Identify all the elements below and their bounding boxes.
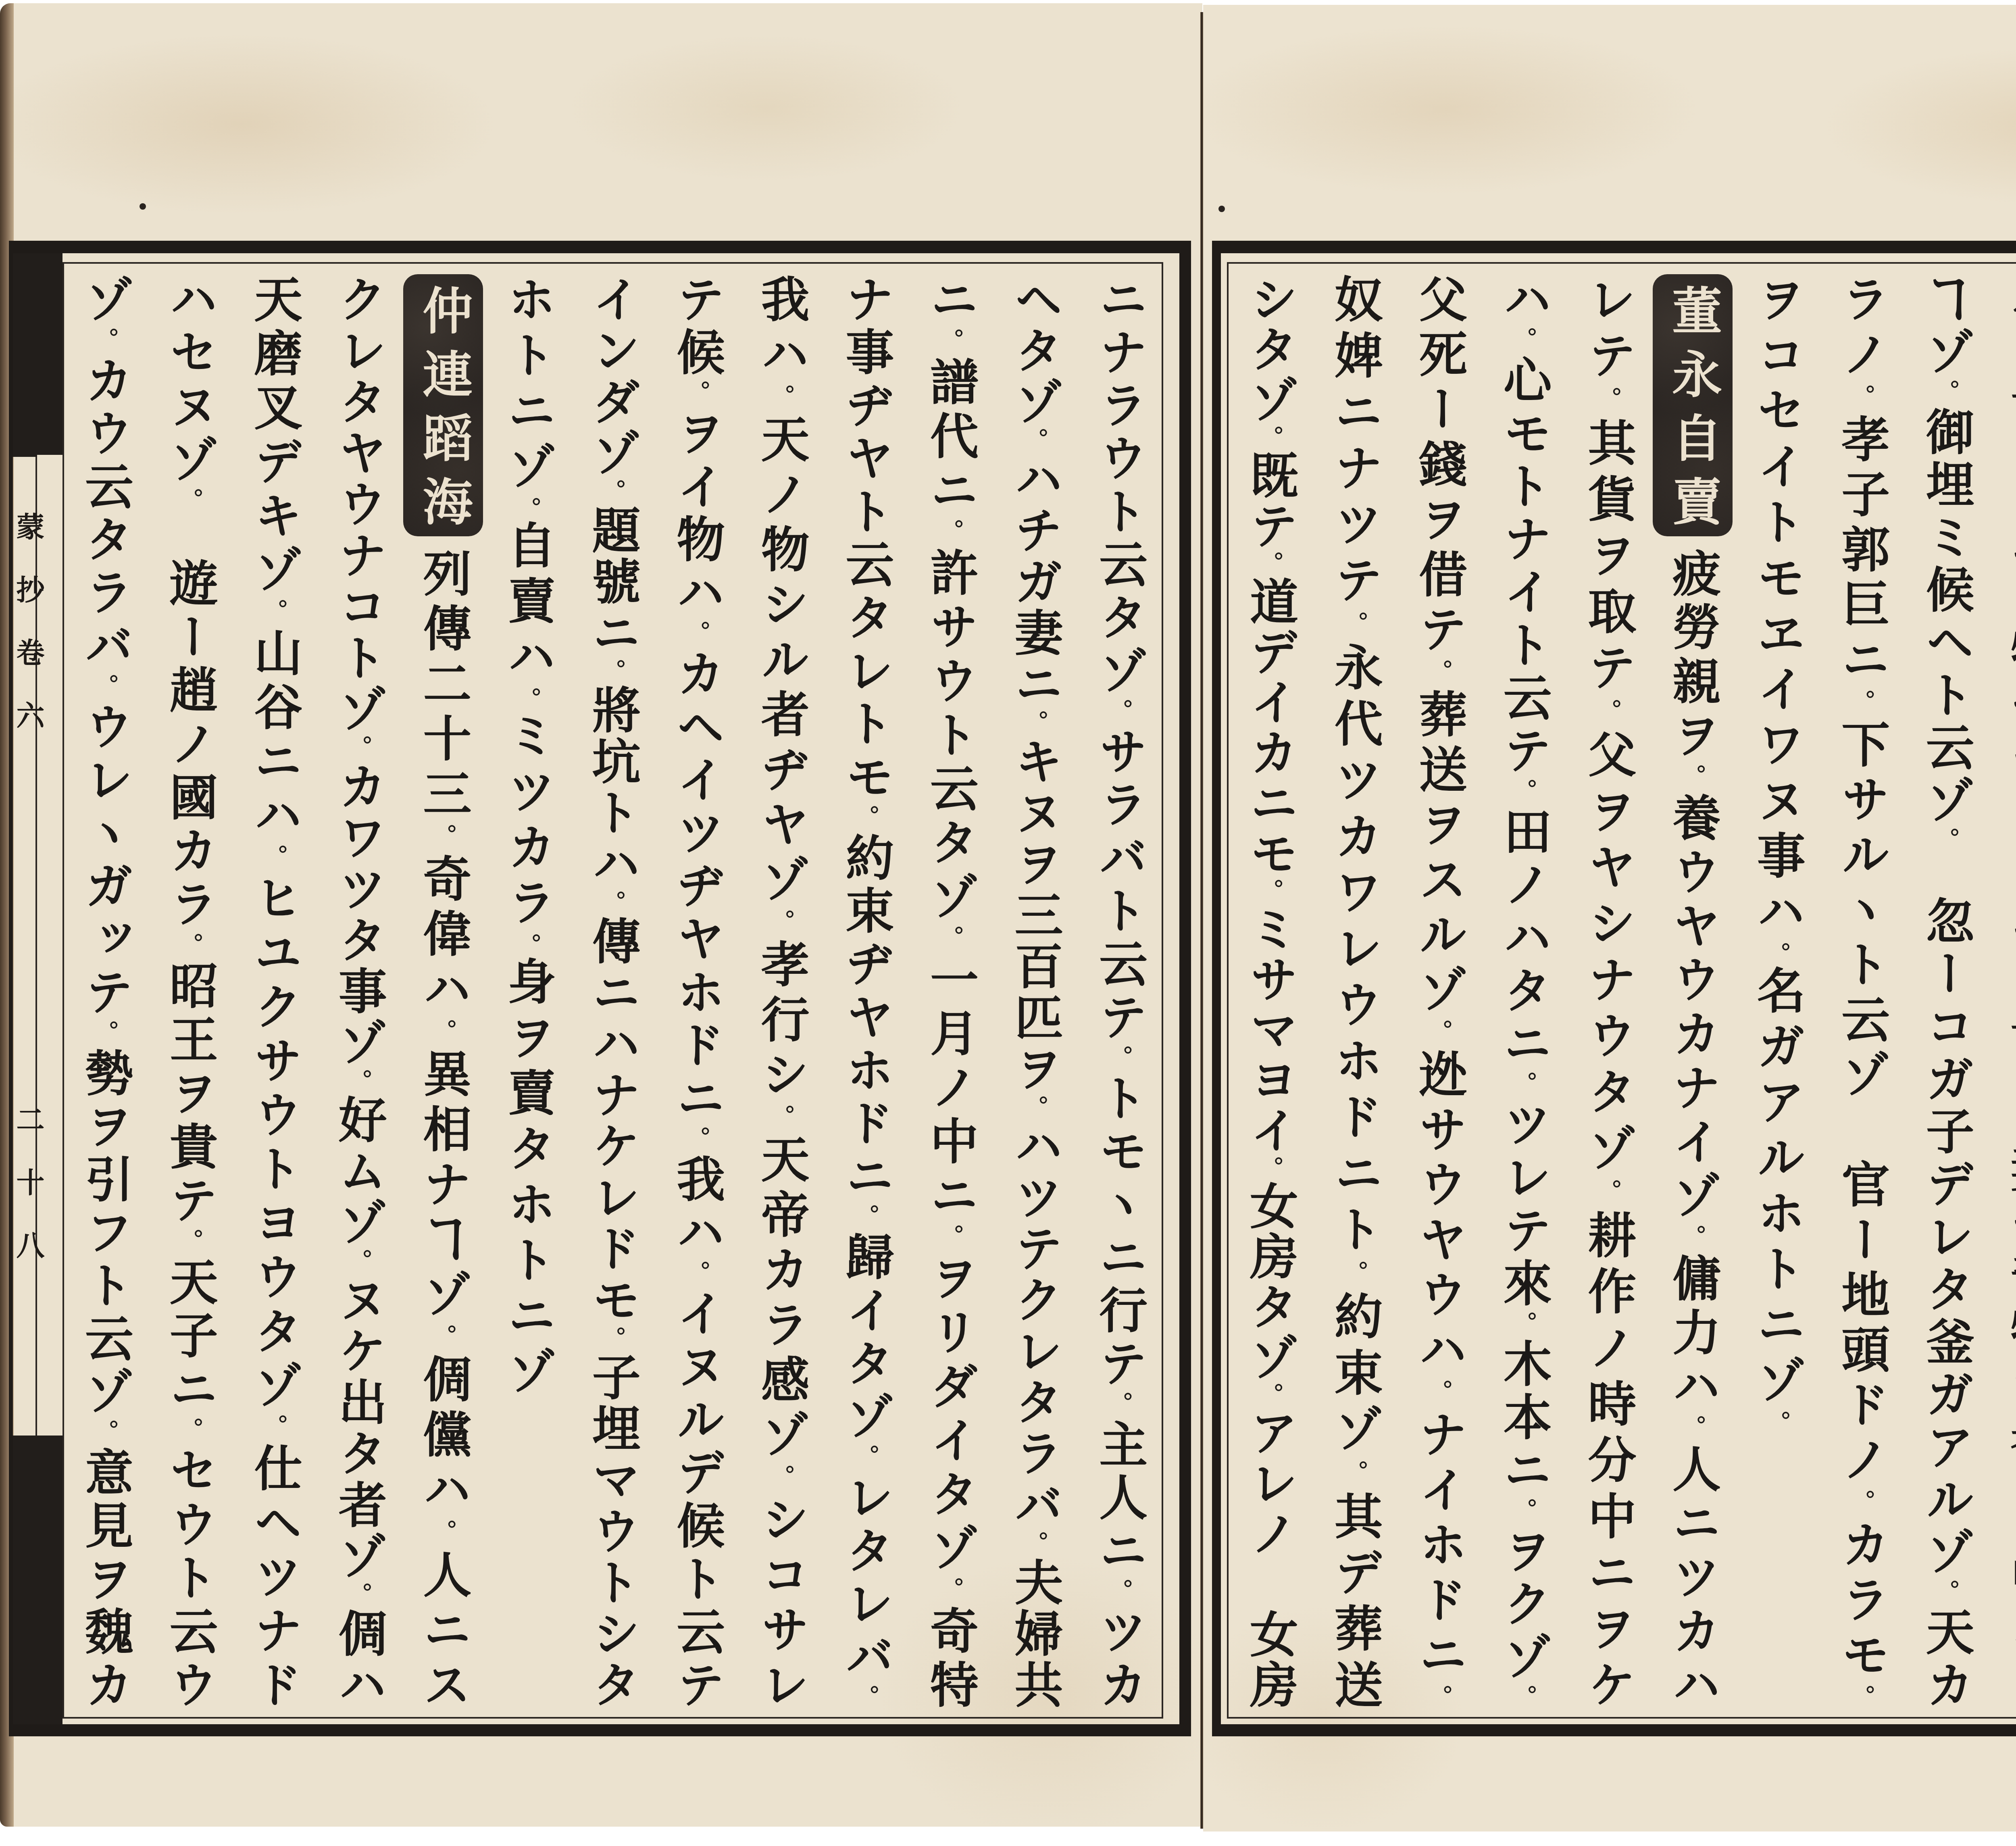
column-text: ニナラウト云タゾ。サラバト云テ。トモヽニ行テ。主人ニ。ツカ	[1077, 274, 1162, 1708]
text-column: ニ。譜代ニ。許サウト云タゾ。一月ノ中ニ。ヲリダイタゾ。奇特	[908, 264, 993, 1717]
text-column: ニナラウト云タゾ。サラバト云テ。トモヽニ行テ。主人ニ。ツカ	[1077, 264, 1162, 1717]
text-column: シタゾ。既テ。道デイカニモ。ミサマヨイ。女房タゾ。アレノ 女房	[1228, 264, 1312, 1717]
text-column: ナ事ヂヤト云タレトモ。約束ヂヤホドニ。歸イタゾ。レタレバ。	[824, 264, 908, 1717]
column-text: 天磨叉デキゾ。山谷ニハ。ヒユクサウトヨウタゾ。仕ヘツナド	[232, 274, 317, 1708]
column-text: ヲコセイトモヱイワヌ事ハ。名ガアルホトニゾ。	[1735, 274, 1820, 1708]
column-text: 我ハ。天ノ物シル者ヂヤゾ。孝行シ。天帝カラ感ゾ。シコサレ	[739, 274, 824, 1708]
text-column: ヲコセイトモヱイワヌ事ハ。名ガアルホトニゾ。	[1735, 264, 1820, 1717]
fishtail-mark-top	[13, 253, 62, 457]
column-text: 列傳二十三。奇偉ハ。異相ナヿゾ。倜儻ハ。人ニス	[401, 548, 485, 1708]
text-column: 董永自賣 疲勞親ヲ。養ウヤウカナイゾ。傭力ハ。人ニツカハ	[1650, 264, 1735, 1717]
column-text: レテ。其貨ヲ取テ。父ヲヤシナウタゾ。耕作ノ時分中ニヲケ	[1566, 274, 1650, 1708]
leaf-number: 二十八	[12, 1105, 44, 1294]
running-title: 蒙抄卷六	[12, 512, 44, 764]
register-dot	[1218, 206, 1225, 212]
column-text: テ候。ヲイ物ハ。カヘイツヂヤホドニ。我ハ。イヌルデ候ト云テ	[654, 274, 739, 1708]
text-column: 父死ー錢ヲ借テ。葬送ヲスルゾ。迯サウヤウハ。ナイホドニ。	[1397, 264, 1481, 1717]
left-page-text-block: ニナラウト云タゾ。サラバト云テ。トモヽニ行テ。主人ニ。ツカ ヘタゾ。ハチガ妻ニ。…	[64, 264, 1162, 1717]
text-column: インダゾ。題號ニ。將坑トハ。傳ニハナケレドモ。子埋マウトシタ	[570, 264, 655, 1717]
text-column: 天磨叉デキゾ。山谷ニハ。ヒユクサウトヨウタゾ。仕ヘツナド	[232, 264, 317, 1717]
section-heading: 仲連蹈海	[403, 274, 483, 536]
text-column: ハ。二タビヱヌ物ヂヤホトニト云ゾ。妻モ奇特ナ者ゾ。中々ノ	[1989, 264, 2016, 1717]
column-text: 父死ー錢ヲ借テ。葬送ヲスルゾ。迯サウヤウハ。ナイホドニ。	[1397, 274, 1481, 1708]
text-column: ヘタゾ。ハチガ妻ニ。キヌヲ三百匹ヲ。ハツテクレタラバ。夫婦共	[993, 264, 1077, 1717]
column-text: ホトニゾ。自賣ハ。ミツカラ。身ヲ賣タホトニゾ	[485, 274, 570, 1708]
text-column: クレタヤウナコトゾ。カワツタ事ゾ。好ムゾ。ヌケ出タ者ゾ。倜ハ	[317, 264, 401, 1717]
text-column: 仲連蹈海 列傳二十三。奇偉ハ。異相ナヿゾ。倜儻ハ。人ニス	[401, 264, 486, 1717]
text-column: ゾ。カウ云タラバ。ウレヽガッテ。勢ヲ引フト云ゾ。意見ヲ魏カ	[63, 264, 148, 1717]
text-column: 我ハ。天ノ物シル者ヂヤゾ。孝行シ。天帝カラ感ゾ。シコサレ	[739, 264, 824, 1717]
column-text: 疲勞親ヲ。養ウヤウカナイゾ。傭力ハ。人ニツカハ	[1650, 548, 1735, 1708]
column-text: ヿゾ。御埋ミ候ヘト云ゾ。 忽ーコガ子デレタ釜ガアルゾ。天カ	[1904, 274, 1989, 1708]
column-text: 奴婢ニナツテ。永代ツカワレウホドニト。約束ゾ。其デ葬送	[1312, 274, 1397, 1708]
column-text: ハ。二タビヱヌ物ヂヤホトニト云ゾ。妻モ奇特ナ者ゾ。中々ノ	[1988, 274, 2016, 1708]
column-text: ハ。心モトナイト云テ。田ノハタニ。ツレテ來。木本ニ。ヲクゾ。	[1481, 274, 1566, 1708]
right-page-text-block: 郭巨將坑 母ト云ハ。郭巨ガ母ゾ。孫ニクワセタゾ。乏ハ。ヽウ ノ音ゾ。ボクノ音ハア…	[1229, 264, 2016, 1717]
text-column: ラノ。孝子郭巨ニ。下サルヽト云ゾ 官ー地頭ドノ。カラモ。	[1819, 264, 1904, 1717]
column-text: ナ事ヂヤト云タレトモ。約束ヂヤホドニ。歸イタゾ。レタレバ。	[823, 274, 908, 1708]
column-text: シタゾ。既テ。道デイカニモ。ミサマヨイ。女房タゾ。アレノ 女房	[1228, 274, 1312, 1708]
section-heading: 董永自賣	[1653, 274, 1733, 536]
text-column: レテ。其貨ヲ取テ。父ヲヤシナウタゾ。耕作ノ時分中ニヲケ	[1566, 264, 1651, 1717]
register-dot	[140, 203, 146, 210]
text-column: 奴婢ニナツテ。永代ツカワレウホドニト。約束ゾ。其デ葬送	[1312, 264, 1397, 1717]
column-text: クレタヤウナコトゾ。カワツタ事ゾ。好ムゾ。ヌケ出タ者ゾ。倜ハ	[317, 274, 401, 1708]
fishtail-notch	[37, 455, 62, 457]
binding-gutter	[1200, 12, 1203, 1829]
column-text: ラノ。孝子郭巨ニ。下サルヽト云ゾ 官ー地頭ドノ。カラモ。	[1819, 274, 1904, 1708]
text-column: ホトニゾ。自賣ハ。ミツカラ。身ヲ賣タホトニゾ	[485, 264, 570, 1717]
column-text: ハセヌゾ。 遊ー趙ノ國カラ。昭王ヲ貴テ。天子ニ。セウト云ウ	[148, 274, 232, 1708]
fishtail-mark-bottom	[13, 1436, 62, 1724]
column-text: ヘタゾ。ハチガ妻ニ。キヌヲ三百匹ヲ。ハツテクレタラバ。夫婦共	[993, 274, 1077, 1708]
column-text: インダゾ。題號ニ。將坑トハ。傳ニハナケレドモ。子埋マウトシタ	[570, 274, 655, 1708]
text-column: テ候。ヲイ物ハ。カヘイツヂヤホドニ。我ハ。イヌルデ候ト云テ	[654, 264, 739, 1717]
column-text: ゾ。カウ云タラバ。ウレヽガッテ。勢ヲ引フト云ゾ。意見ヲ魏カ	[63, 274, 148, 1708]
text-column: ハセヌゾ。 遊ー趙ノ國カラ。昭王ヲ貴テ。天子ニ。セウト云ウ	[148, 264, 232, 1717]
text-column: ハ。心モトナイト云テ。田ノハタニ。ツレテ來。木本ニ。ヲクゾ。	[1481, 264, 1566, 1717]
column-text: ニ。譜代ニ。許サウト云タゾ。一月ノ中ニ。ヲリダイタゾ。奇特	[908, 274, 993, 1708]
text-column: ヿゾ。御埋ミ候ヘト云ゾ。 忽ーコガ子デレタ釜ガアルゾ。天カ	[1904, 264, 1989, 1717]
